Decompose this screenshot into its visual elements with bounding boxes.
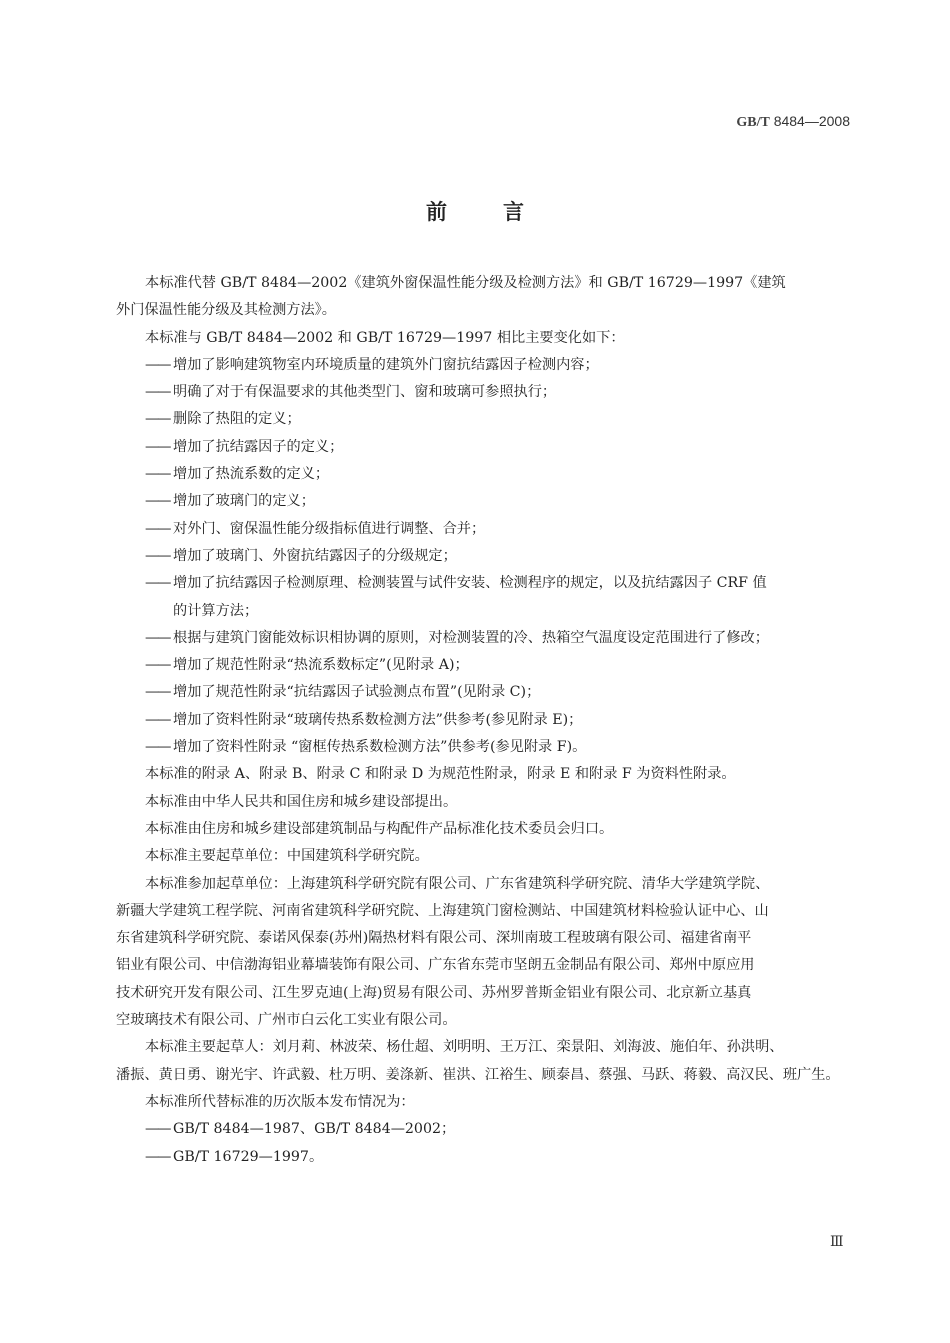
- change-item: ——对外门、窗保温性能分级指标值进行调整、合并；: [145, 516, 850, 543]
- participating-units-line: 本标准参加起草单位：上海建筑科学研究院有限公司、广东省建筑科学研究院、清华大学建…: [117, 871, 850, 898]
- history-intro: 本标准所代替标准的历次版本发布情况为：: [117, 1089, 850, 1116]
- change-item: ——增加了玻璃门、外窗抗结露因子的分级规定；: [145, 543, 850, 570]
- dash-mark: ——: [145, 516, 173, 543]
- participating-units-line: 空玻璃技术有限公司、广州市白云化工实业有限公司。: [116, 1007, 850, 1034]
- main-drafters-line: 潘振、黄日勇、谢光宇、许武毅、杜万明、姜涤新、崔洪、江裕生、顾泰昌、蔡强、马跃、…: [116, 1062, 850, 1089]
- history-text: GB/T 16729—1997。: [173, 1149, 323, 1165]
- dash-mark: ——: [145, 488, 173, 515]
- history-item: ——GB/T 16729—1997。: [145, 1144, 850, 1171]
- change-item: ——增加了热流系数的定义；: [145, 461, 850, 488]
- dash-mark: ——: [145, 543, 173, 570]
- standard-number: 8484—2008: [774, 113, 850, 129]
- change-item: ——增加了规范性附录“热流系数标定”(见附录 A)；: [145, 652, 850, 679]
- participating-units-line: 新疆大学建筑工程学院、河南省建筑科学研究院、上海建筑门窗检测站、中国建筑材料检验…: [116, 898, 850, 925]
- participating-units: 本标准参加起草单位：上海建筑科学研究院有限公司、广东省建筑科学研究院、清华大学建…: [117, 871, 850, 1035]
- page-number: Ⅲ: [830, 1234, 844, 1250]
- change-item: ——根据与建筑门窗能效标识相协调的原则，对检测装置的冷、热箱空气温度设定范围进行…: [145, 625, 850, 652]
- standard-prefix: GB/T: [736, 115, 769, 130]
- dash-mark: ——: [145, 461, 173, 488]
- change-text: 删除了热阻的定义；: [173, 411, 301, 427]
- dash-mark: ——: [145, 707, 173, 734]
- changes-intro: 本标准与 GB/T 8484—2002 和 GB/T 16729—1997 相比…: [117, 325, 850, 352]
- change-text: 增加了规范性附录“热流系数标定”(见附录 A)；: [173, 657, 469, 673]
- change-item: ——增加了抗结露因子检测原理、检测装置与试件安装、检测程序的规定，以及抗结露因子…: [145, 570, 850, 625]
- standard-code: GB/T 8484—2008: [736, 113, 850, 131]
- proposed-by: 本标准由中华人民共和国住房和城乡建设部提出。: [117, 789, 850, 816]
- main-drafters: 本标准主要起草人：刘月莉、林波荣、杨仕超、刘明明、王万江、栾景阳、刘海波、施伯年…: [117, 1034, 850, 1089]
- dash-mark: ——: [145, 734, 173, 761]
- history-text: GB/T 8484—1987、GB/T 8484—2002；: [173, 1121, 455, 1137]
- dash-mark: ——: [145, 352, 173, 379]
- main-drafters-line: 本标准主要起草人：刘月莉、林波荣、杨仕超、刘明明、王万江、栾景阳、刘海波、施伯年…: [117, 1034, 850, 1061]
- change-text: 增加了资料性附录 “窗框传热系数检测方法”供参考(参见附录 F)。: [173, 739, 586, 755]
- managed-by: 本标准由住房和城乡建设部建筑制品与构配件产品标准化技术委员会归口。: [117, 816, 850, 843]
- participating-units-line: 铝业有限公司、中信渤海铝业幕墙装饰有限公司、广东省东莞市坚朗五金制品有限公司、郑…: [116, 952, 850, 979]
- change-text: 明确了对于有保温要求的其他类型门、窗和玻璃可参照执行；: [173, 384, 556, 400]
- replacement-paragraph-cont: 外门保温性能分级及其检测方法》。: [116, 297, 850, 324]
- change-item: ——增加了资料性附录“玻璃传热系数检测方法”供参考(参见附录 E)；: [145, 707, 850, 734]
- foreword-body: 本标准代替 GB/T 8484—2002《建筑外窗保温性能分级及检测方法》和 G…: [117, 270, 850, 1171]
- history-item: ——GB/T 8484—1987、GB/T 8484—2002；: [145, 1116, 850, 1143]
- change-item: ——增加了资料性附录 “窗框传热系数检测方法”供参考(参见附录 F)。: [145, 734, 850, 761]
- dash-mark: ——: [145, 434, 173, 461]
- replacement-line-1: 本标准代替 GB/T 8484—2002《建筑外窗保温性能分级及检测方法》和 G…: [145, 275, 786, 291]
- change-item: ——增加了影响建筑物室内环境质量的建筑外门窗抗结露因子检测内容；: [145, 352, 850, 379]
- dash-mark: ——: [145, 652, 173, 679]
- change-text: 增加了抗结露因子的定义；: [173, 439, 343, 455]
- participating-units-line: 东省建筑科学研究院、泰诺风保泰(苏州)隔热材料有限公司、深圳南玻工程玻璃有限公司…: [116, 925, 850, 952]
- dash-mark: ——: [145, 570, 173, 597]
- change-item: ——增加了玻璃门的定义；: [145, 488, 850, 515]
- change-item: ——明确了对于有保温要求的其他类型门、窗和玻璃可参照执行；: [145, 379, 850, 406]
- change-text: 增加了影响建筑物室内环境质量的建筑外门窗抗结露因子检测内容；: [173, 357, 599, 373]
- change-text: 增加了热流系数的定义；: [173, 466, 329, 482]
- page-title: 前言: [0, 196, 950, 226]
- dash-mark: ——: [145, 1144, 173, 1171]
- dash-mark: ——: [145, 625, 173, 652]
- appendix-note: 本标准的附录 A、附录 B、附录 C 和附录 D 为规范性附录，附录 E 和附录…: [117, 761, 850, 788]
- dash-mark: ——: [145, 1116, 173, 1143]
- change-item: ——删除了热阻的定义；: [145, 406, 850, 433]
- change-item: ——增加了抗结露因子的定义；: [145, 434, 850, 461]
- change-text: 根据与建筑门窗能效标识相协调的原则，对检测装置的冷、热箱空气温度设定范围进行了修…: [173, 630, 769, 646]
- dash-mark: ——: [145, 379, 173, 406]
- change-text: 增加了资料性附录“玻璃传热系数检测方法”供参考(参见附录 E)；: [173, 712, 582, 728]
- change-text-continuation: 的计算方法；: [145, 598, 850, 625]
- main-drafting-unit: 本标准主要起草单位：中国建筑科学研究院。: [117, 843, 850, 870]
- change-text: 增加了玻璃门、外窗抗结露因子的分级规定；: [173, 548, 457, 564]
- change-text: 增加了玻璃门的定义；: [173, 493, 315, 509]
- dash-mark: ——: [145, 406, 173, 433]
- change-text: 增加了抗结露因子检测原理、检测装置与试件安装、检测程序的规定，以及抗结露因子 C…: [173, 575, 767, 591]
- change-text: 增加了规范性附录“抗结露因子试验测点布置”(见附录 C)；: [173, 684, 540, 700]
- replacement-paragraph: 本标准代替 GB/T 8484—2002《建筑外窗保温性能分级及检测方法》和 G…: [117, 270, 850, 297]
- change-item: ——增加了规范性附录“抗结露因子试验测点布置”(见附录 C)；: [145, 679, 850, 706]
- dash-mark: ——: [145, 679, 173, 706]
- participating-units-line: 技术研究开发有限公司、江生罗克迪(上海)贸易有限公司、苏州罗普斯金铝业有限公司、…: [116, 980, 850, 1007]
- change-text: 对外门、窗保温性能分级指标值进行调整、合并；: [173, 521, 485, 537]
